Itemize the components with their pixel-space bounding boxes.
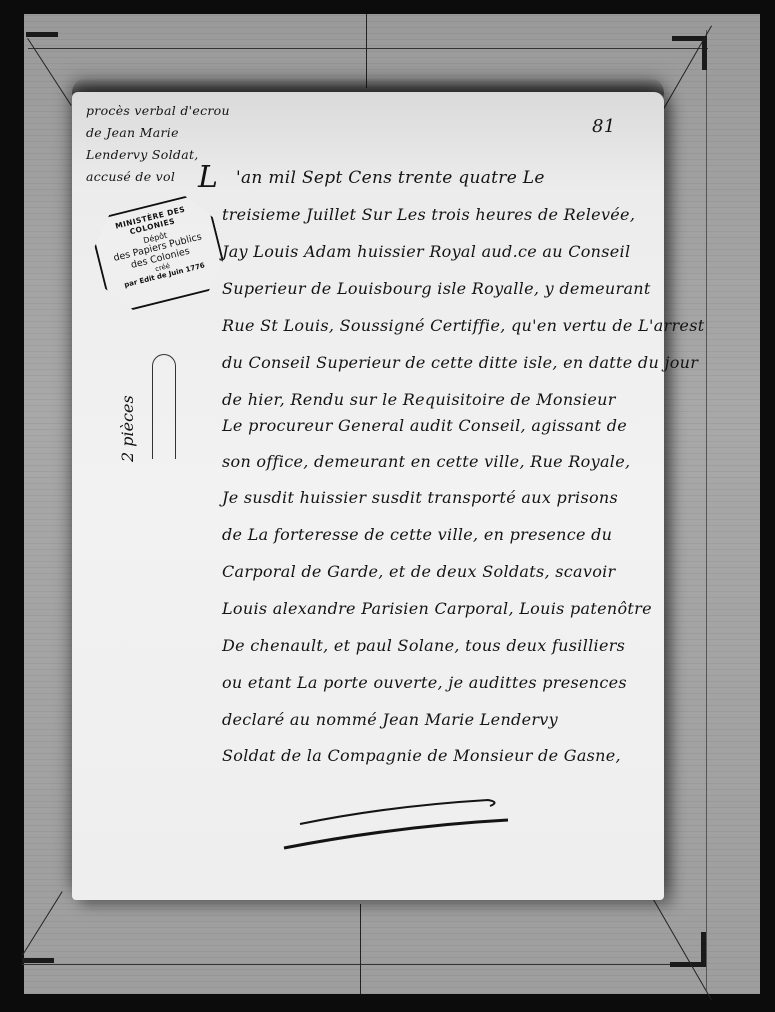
body-line: Je susdit huissier susdit transporté aux… <box>222 488 618 507</box>
corner-mark-top-left <box>26 32 58 37</box>
side-note: 2 pièces <box>118 395 137 462</box>
body-line: Jay Louis Adam huissier Royal aud.ce au … <box>222 242 630 261</box>
side-flourish <box>152 354 176 459</box>
body-line: son office, demeurant en cette ville, Ru… <box>222 452 630 471</box>
body-line: de La forteresse de cette ville, en pres… <box>222 525 612 544</box>
corner-mark-bottom-left <box>22 958 54 963</box>
body-line: Rue St Louis, Soussigné Certiffie, qu'en… <box>222 316 704 335</box>
body-line: Superieur de Louisbourg isle Royalle, y … <box>222 279 651 298</box>
guide-line-right <box>706 30 707 990</box>
guide-line-top <box>28 48 708 49</box>
body-line: treisieme Juillet Sur Les trois heures d… <box>222 205 635 224</box>
body-line: Louis alexandre Parisien Carporal, Louis… <box>222 599 652 618</box>
margin-note-line: procès verbal d'ecrou <box>86 100 230 122</box>
body-line: ou etant La porte ouverte, je audittes p… <box>222 673 627 692</box>
body-line: De chenault, et paul Solane, tous deux f… <box>222 636 625 655</box>
corner-mark-bottom-right-v <box>701 932 706 966</box>
body-line: Le procureur General audit Conseil, agis… <box>222 416 627 435</box>
body-line: Carporal de Garde, et de deux Soldats, s… <box>222 562 616 581</box>
closing-flourish <box>278 794 578 854</box>
page-number: 81 <box>592 116 616 137</box>
margin-note-line: de Jean Marie <box>86 122 230 144</box>
drop-letter: L <box>198 160 218 195</box>
guide-line-center-top <box>366 14 367 88</box>
guide-line-bottom <box>22 964 702 965</box>
body-line: Soldat de la Compagnie de Monsieur de Ga… <box>222 746 621 765</box>
guide-line-center-bottom <box>360 904 361 994</box>
body-line: declaré au nommé Jean Marie Lendervy <box>222 710 558 729</box>
body-line: du Conseil Superieur de cette ditte isle… <box>222 353 698 372</box>
corner-mark-top-right <box>672 36 706 41</box>
body-line: de hier, Rendu sur le Requisitoire de Mo… <box>222 390 616 409</box>
body-line: 'an mil Sept Cens trente quatre Le <box>236 168 545 188</box>
